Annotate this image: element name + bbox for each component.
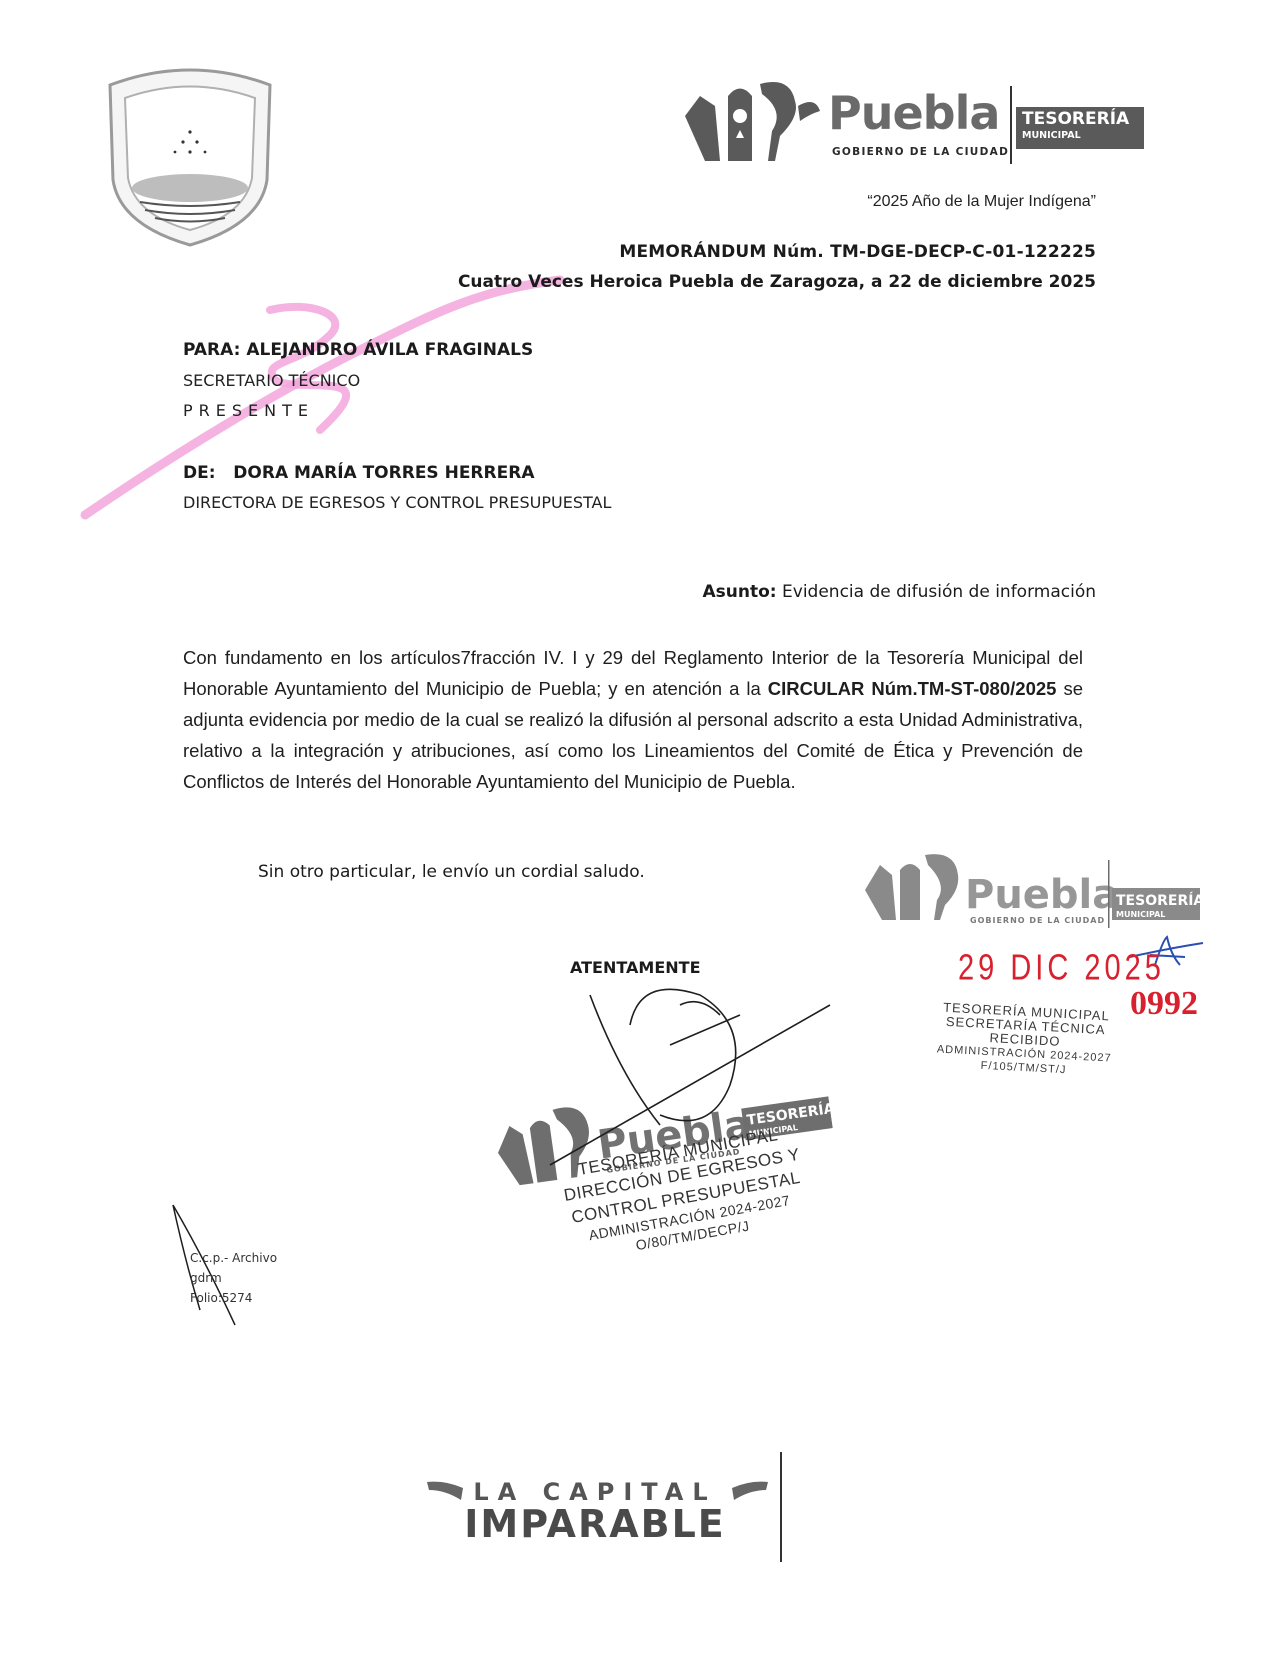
svg-text:TESORERÍA: TESORERÍA — [1116, 892, 1200, 909]
recipient-title: SECRETARIO TÉCNICO — [183, 371, 360, 390]
received-folio-number: 0992 — [1130, 985, 1198, 1023]
year-motto: “2025 Año de la Mujer Indígena” — [867, 193, 1096, 211]
puebla-emblem-icon — [680, 76, 825, 164]
sender-name: DORA MARÍA TORRES HERRERA — [233, 463, 534, 483]
svg-text:MUNICIPAL: MUNICIPAL — [1116, 910, 1165, 919]
logo-puebla-text: Puebla — [828, 86, 999, 140]
department-badge: TESORERÍA MUNICIPAL — [1016, 107, 1144, 149]
right-wing-icon — [730, 1478, 770, 1504]
presente-label: PRESENTE — [183, 401, 314, 420]
recipient-heading: PARA: ALEJANDRO ÁVILA FRAGINALS — [183, 340, 533, 360]
received-stamp-text: TESORERÍA MUNICIPAL SECRETARÍA TÉCNICA R… — [923, 1000, 1126, 1080]
subject-label: Asunto: — [703, 582, 777, 602]
recipient-name: ALEJANDRO ÁVILA FRAGINALS — [246, 340, 533, 360]
footer-slogan-logo: LA CAPITAL IMPARABLE — [430, 1478, 760, 1546]
sender-title: DIRECTORA DE EGRESOS Y CONTROL PRESUPUES… — [183, 493, 611, 512]
memo-body: Con fundamento en los artículos7fracción… — [183, 642, 1083, 797]
sender-heading: DE: DORA MARÍA TORRES HERRERA — [183, 463, 534, 483]
logo-divider — [1010, 86, 1012, 164]
carbon-copy-block: C.c.p.- Archivo gdrm Folio:5274 — [190, 1248, 277, 1308]
left-wing-icon — [425, 1478, 465, 1504]
received-date-stamp: 29 DIC 2025 — [958, 948, 1165, 989]
puebla-tesoreria-logo: Puebla GOBIERNO DE LA CIUDAD TESORERÍA M… — [680, 72, 1150, 172]
footer-divider — [780, 1452, 782, 1562]
subject-line: Asunto: Evidencia de difusión de informa… — [703, 582, 1096, 602]
logo-subtitle: GOBIERNO DE LA CIUDAD — [832, 146, 1009, 158]
footer-line2: IMPARABLE — [430, 1502, 760, 1546]
received-stamp-logo: Puebla GOBIERNO DE LA CIUDAD TESORERÍA M… — [860, 850, 1200, 930]
svg-text:Puebla: Puebla — [965, 872, 1119, 918]
place-date: Cuatro Veces Heroica Puebla de Zaragoza,… — [458, 272, 1096, 292]
circular-reference: CIRCULAR Núm.TM-ST-080/2025 — [768, 678, 1057, 699]
closing-line: Sin otro particular, le envío un cordial… — [258, 862, 645, 882]
memo-number: MEMORÁNDUM Núm. TM-DGE-DECP-C-01-122225 — [619, 242, 1096, 262]
sign-off: ATENTAMENTE — [570, 958, 701, 977]
highlighter-marks — [60, 270, 620, 530]
svg-text:GOBIERNO DE LA CIUDAD: GOBIERNO DE LA CIUDAD — [970, 916, 1105, 925]
subject-text: Evidencia de difusión de información — [782, 582, 1096, 602]
municipal-crest-icon — [95, 60, 285, 250]
